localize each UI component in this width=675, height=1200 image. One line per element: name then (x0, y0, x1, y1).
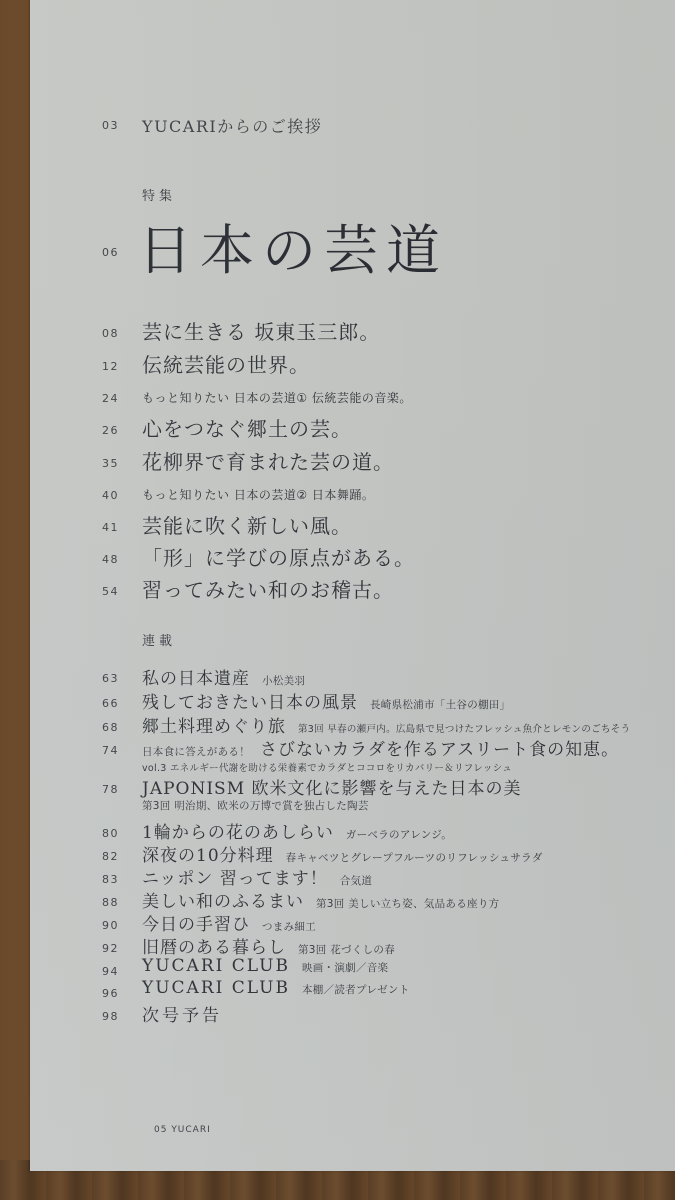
serial-item[interactable]: 1輪からの花のあしらいガーベラのアレンジ。 (142, 818, 452, 843)
serial-item-title: 1輪からの花のあしらい (142, 823, 334, 843)
serial-item[interactable]: 郷土料理めぐり旅第3回 早春の瀬戸内。広島県で見つけたフレッシュ魚介とレモンのご… (142, 712, 630, 737)
serial-item-description: vol.3 エネルギー代謝を助ける栄養素でカラダとココロをリカバリー＆リフレッシ… (142, 760, 512, 774)
serial-item-title: 美しい和のふるまい (142, 892, 304, 912)
serial-item-page: 66 (102, 697, 132, 710)
greeting-page-number: 03 (102, 119, 132, 132)
feature-item-title[interactable]: 芸に生きる 坂東玉三郎。 (142, 316, 380, 345)
serial-item-page: 90 (102, 919, 132, 932)
serial-item-page: 68 (102, 721, 132, 734)
serial-item-title: YUCARI CLUB (142, 956, 290, 976)
serial-item-subtitle: 映画・演劇／音楽 (302, 962, 388, 974)
serial-item-subtitle: 本棚／読者プレゼント (302, 984, 410, 996)
feature-title[interactable]: 日本の芸道 (138, 208, 448, 285)
feature-item-page: 35 (102, 457, 132, 470)
feature-item-title[interactable]: もっと知りたい 日本の芸道① 伝統芸能の音楽。 (142, 389, 412, 406)
serial-item-title: 今日の手習ひ (142, 915, 250, 935)
serial-item-title: 郷土料理めぐり旅 (142, 717, 286, 737)
serial-item-title: さびないカラダを作るアスリート食の知恵。 (260, 740, 619, 760)
serial-section-label: 連載 (142, 630, 176, 649)
feature-item-page: 24 (102, 392, 132, 405)
serial-item-subtitle: 第3回 早春の瀬戸内。広島県で見つけたフレッシュ魚介とレモンのごちそう (298, 724, 630, 735)
feature-page-number: 06 (102, 246, 132, 259)
serial-item[interactable]: 今日の手習ひつまみ細工 (142, 910, 316, 935)
feature-item-title[interactable]: 花柳界で育まれた芸の道。 (142, 446, 394, 475)
serial-item-title: 深夜の10分料理 (142, 846, 274, 866)
serial-item[interactable]: 旧暦のある暮らし第3回 花づくしの春 (142, 933, 395, 958)
serial-item-page: 94 (102, 965, 132, 978)
feature-item-title[interactable]: 「形」に学びの原点がある。 (142, 542, 415, 571)
feature-item-title[interactable]: 伝統芸能の世界。 (142, 349, 310, 378)
serial-item-subtitle: ガーベラのアレンジ。 (346, 829, 452, 841)
serial-item-subtitle: 第3回 美しい立ち姿、気品ある座り方 (316, 898, 499, 910)
feature-item-title[interactable]: 習ってみたい和のお稽古。 (142, 574, 394, 603)
serial-item-subtitle: 長崎県松浦市「土谷の棚田」 (370, 699, 510, 711)
serial-item[interactable]: YUCARI CLUB映画・演劇／音楽 (142, 956, 388, 976)
serial-item[interactable]: 私の日本遺産小松美羽 (142, 664, 305, 689)
serial-item-title: 残しておきたい日本の風景 (142, 693, 358, 713)
serial-item-title: 私の日本遺産 (142, 669, 250, 689)
serial-item-page: 78 (102, 783, 132, 796)
serial-item-title[interactable]: 次号予告 (142, 1001, 222, 1026)
serial-item-subtitle: 春キャベツとグレープフルーツのリフレッシュサラダ (286, 852, 543, 864)
serial-item-page: 92 (102, 942, 132, 955)
serial-item[interactable]: ニッポン 習ってます！合気道 (142, 864, 372, 889)
feature-section-label: 特集 (142, 185, 176, 204)
feature-item-page: 26 (102, 424, 132, 437)
feature-item-title[interactable]: 心をつなぐ郷土の芸。 (142, 413, 352, 442)
serial-item-page: 74 (102, 744, 132, 757)
feature-item-page: 08 (102, 327, 132, 340)
serial-item-description: 第3回 明治期、欧米の万博で賞を独占した陶芸 (142, 798, 369, 813)
serial-item-page: 82 (102, 850, 132, 863)
page-folio: 05 YUCARI (154, 1125, 211, 1135)
serial-item-subtitle: 小松美羽 (262, 675, 305, 687)
serial-item-page: 88 (102, 896, 132, 909)
serial-item[interactable]: 美しい和のふるまい第3回 美しい立ち姿、気品ある座り方 (142, 887, 499, 912)
serial-item-page: 63 (102, 672, 132, 685)
feature-item-title[interactable]: 芸能に吹く新しい風。 (142, 510, 352, 539)
serial-item-title: YUCARI CLUB (142, 978, 290, 998)
feature-item-page: 48 (102, 553, 132, 566)
serial-item-subtitle: 第3回 花づくしの春 (298, 944, 395, 956)
serial-item-page: 98 (102, 1010, 132, 1023)
serial-item-title[interactable]: JAPONISM 欧米文化に影響を与えた日本の美 (142, 774, 522, 799)
feature-item-page: 54 (102, 585, 132, 598)
serial-item-subtitle: つまみ細工 (262, 921, 316, 933)
serial-item-page: 83 (102, 873, 132, 886)
serial-item-page: 80 (102, 827, 132, 840)
serial-item-title: ニッポン 習ってます！ (142, 869, 328, 889)
serial-item-page: 96 (102, 987, 132, 1000)
serial-item-title: 旧暦のある暮らし (142, 938, 286, 958)
feature-item-page: 41 (102, 521, 132, 534)
magazine-contents-page: 03 YUCARIからのご挨拶 特集 06 日本の芸道 08 芸に生きる 坂東玉… (30, 0, 675, 1171)
serial-item[interactable]: YUCARI CLUB本棚／読者プレゼント (142, 978, 410, 998)
feature-item-page: 12 (102, 360, 132, 373)
serial-item[interactable]: 深夜の10分料理春キャベツとグレープフルーツのリフレッシュサラダ (142, 841, 543, 866)
serial-item-prefix: 日本食に答えがある！ (142, 746, 250, 758)
greeting-title[interactable]: YUCARIからのご挨拶 (142, 114, 322, 137)
serial-item-subtitle: 合気道 (340, 875, 372, 887)
serial-item[interactable]: 残しておきたい日本の風景長崎県松浦市「土谷の棚田」 (142, 688, 510, 713)
feature-item-title[interactable]: もっと知りたい 日本の芸道② 日本舞踊。 (142, 486, 374, 503)
feature-item-page: 40 (102, 489, 132, 502)
serial-item[interactable]: 日本食に答えがある！さびないカラダを作るアスリート食の知恵。 (142, 735, 619, 760)
